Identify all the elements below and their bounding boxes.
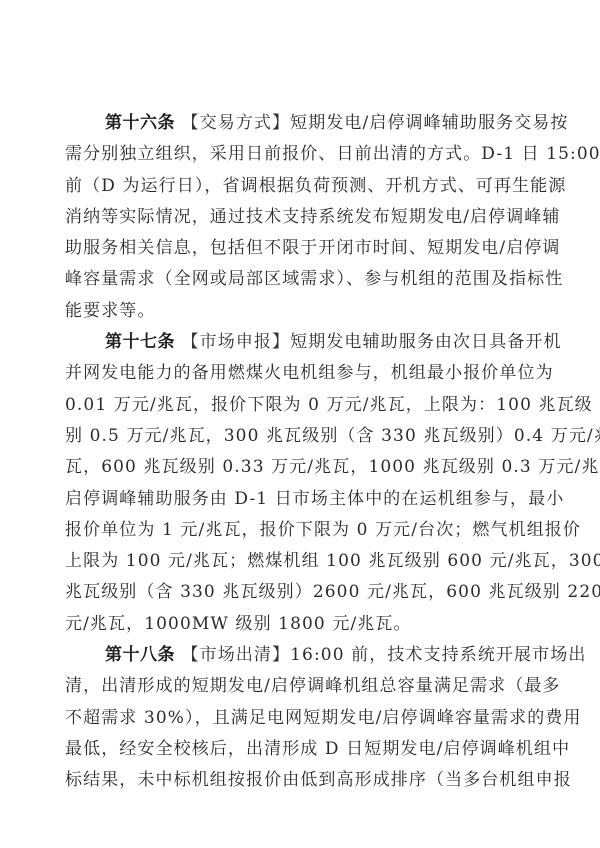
article-text: 短期发电/启停调峰辅助服务交易按 [290, 113, 568, 133]
article-17-line-2: 并网发电能力的备用燃煤火电机组参与，机组最小报价单位为 [65, 358, 537, 389]
article-16-line-6: 峰容量需求（全网或局部区域需求）、参与机组的范围及指标性 [65, 264, 537, 295]
article-17-line-3: 0.01 万元/兆瓦，报价下限为 0 万元/兆瓦，上限为：100 兆瓦级 [65, 390, 537, 421]
article-16-line-4: 消纳等实际情况，通过技术支持系统发布短期发电/启停调峰辅 [65, 202, 537, 233]
article-16-line-2: 需分别独立组织，采用日前报价、日前出清的方式。D-1 日 15:00 [65, 139, 537, 170]
article-tag: 【市场出清】 [182, 645, 291, 665]
article-17-line-5: 瓦，600 兆瓦级别 0.33 万元/兆瓦，1000 兆瓦级别 0.3 万元/兆… [65, 452, 537, 483]
article-16: 第十六条 【交易方式】短期发电/启停调峰辅助服务交易按 需分别独立组织，采用日前… [65, 108, 537, 327]
article-18-line-5: 标结果，未中标机组按报价由低到高形成排序（当多台机组申报 [65, 765, 537, 796]
article-number: 第十八条 [105, 645, 175, 665]
article-text: 短期发电辅助服务由次日具备开机 [290, 332, 562, 352]
article-17-line-10: 元/兆瓦，1000MW 级别 1800 元/兆瓦。 [65, 609, 537, 640]
article-number: 第十六条 [105, 113, 175, 133]
article-16-line-7: 能要求等。 [65, 296, 537, 327]
article-18-line-2: 清，出清形成的短期发电/启停调峰机组总容量满足需求（最多 [65, 671, 537, 702]
article-tag: 【市场申报】 [182, 332, 291, 352]
article-16-line-1: 第十六条 【交易方式】短期发电/启停调峰辅助服务交易按 [65, 108, 537, 139]
article-text: 16:00 前，技术支持系统开展市场出 [290, 645, 586, 665]
article-18-line-4: 最低，经安全校核后，出清形成 D 日短期发电/启停调峰机组中 [65, 734, 537, 765]
article-18-line-3: 不超需求 30%），且满足电网短期发电/启停调峰容量需求的费用 [65, 703, 537, 734]
article-number: 第十七条 [105, 332, 175, 352]
document-page: 第十六条 【交易方式】短期发电/启停调峰辅助服务交易按 需分别独立组织，采用日前… [65, 108, 537, 797]
article-17-line-9: 兆瓦级别（含 330 兆瓦级别）2600 元/兆瓦，600 兆瓦级别 2200 [65, 577, 537, 608]
article-17-line-6: 启停调峰辅助服务由 D-1 日市场主体中的在运机组参与，最小 [65, 484, 537, 515]
article-18: 第十八条 【市场出清】16:00 前，技术支持系统开展市场出 清，出清形成的短期… [65, 640, 537, 796]
article-18-line-1: 第十八条 【市场出清】16:00 前，技术支持系统开展市场出 [65, 640, 537, 671]
article-17-line-1: 第十七条 【市场申报】短期发电辅助服务由次日具备开机 [65, 327, 537, 358]
article-17: 第十七条 【市场申报】短期发电辅助服务由次日具备开机 并网发电能力的备用燃煤火电… [65, 327, 537, 640]
article-tag: 【交易方式】 [182, 113, 291, 133]
article-16-line-3: 前（D 为运行日），省调根据负荷预测、开机方式、可再生能源 [65, 171, 537, 202]
article-16-line-5: 助服务相关信息，包括但不限于开闭市时间、短期发电/启停调 [65, 233, 537, 264]
article-17-line-8: 上限为 100 元/兆瓦；燃煤机组 100 兆瓦级别 600 元/兆瓦，300 [65, 546, 537, 577]
article-17-line-4: 别 0.5 万元/兆瓦，300 兆瓦级别（含 330 兆瓦级别）0.4 万元/兆 [65, 421, 537, 452]
article-17-line-7: 报价单位为 1 元/兆瓦，报价下限为 0 万元/台次；燃气机组报价 [65, 515, 537, 546]
